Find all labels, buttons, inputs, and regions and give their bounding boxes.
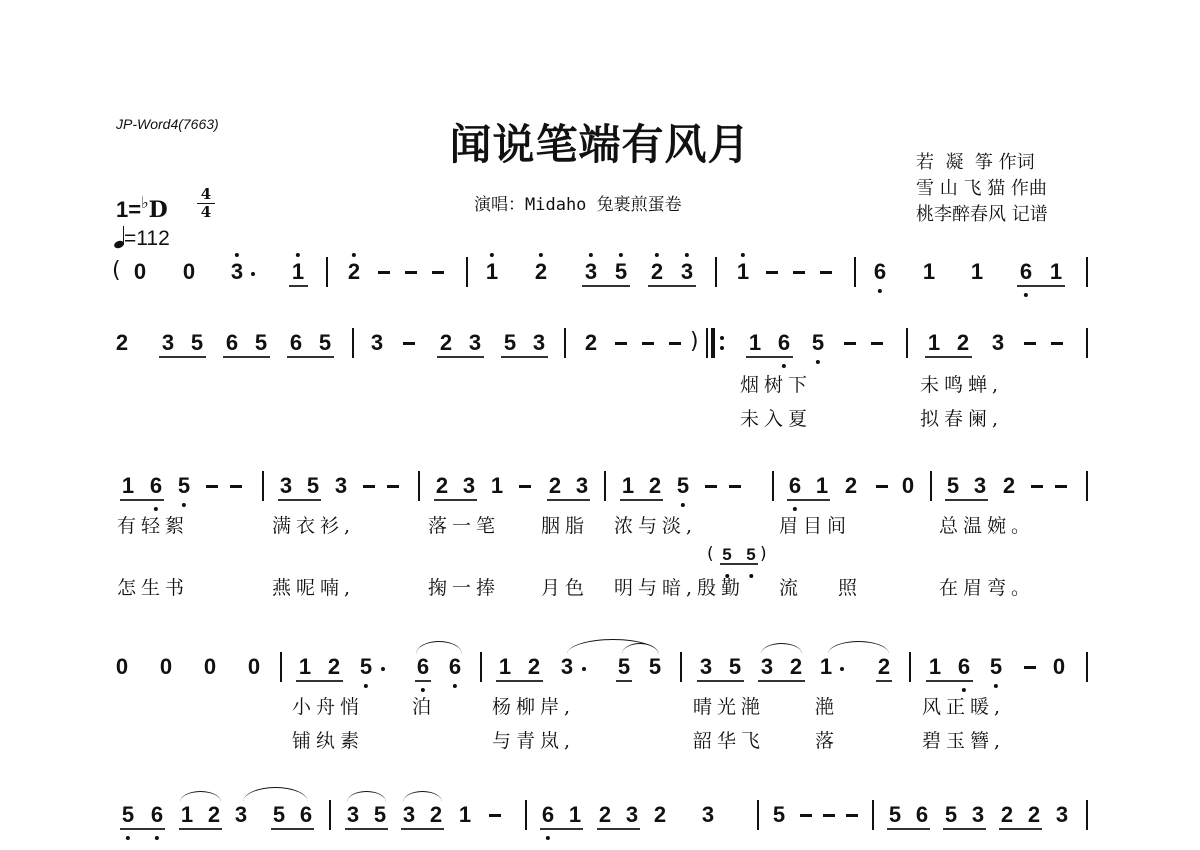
note: 5 — [122, 804, 134, 826]
beat-underline — [540, 828, 583, 830]
note: 3 — [681, 261, 693, 283]
sustain-dash — [230, 485, 242, 488]
beat-underline — [925, 356, 972, 358]
sustain-dash — [729, 485, 741, 488]
note: 1 — [499, 656, 511, 678]
key-note: D — [149, 197, 168, 223]
barline — [1086, 652, 1088, 682]
note-digit: 6 — [226, 330, 238, 355]
high-octave-dot-icon — [741, 253, 745, 257]
parenthesis: ( — [112, 260, 121, 282]
sustain-dash — [876, 485, 888, 488]
note-digit: 1 — [486, 259, 498, 284]
barline — [715, 257, 717, 287]
note-digit: 1 — [929, 654, 941, 679]
note: 5 — [812, 332, 824, 354]
note: 5 — [273, 804, 285, 826]
sustain-dash — [378, 271, 390, 274]
barline — [680, 652, 682, 682]
note-digit: 1 — [181, 802, 193, 827]
note: 5 — [504, 332, 516, 354]
note-digit: 3 — [992, 330, 1004, 355]
beat-underline — [223, 356, 270, 358]
note-digit: 3 — [371, 330, 383, 355]
lyric-text: 满衣衫, — [272, 515, 355, 537]
beat-underline — [1017, 285, 1065, 287]
note: 1 — [486, 261, 498, 283]
note: 5 — [255, 332, 267, 354]
note-digit: 1 — [923, 259, 935, 284]
note-digit: 6 — [417, 654, 429, 679]
note: 2 — [585, 332, 597, 354]
note: 2 — [649, 475, 661, 497]
note-digit: 6 — [542, 802, 554, 827]
note-digit: 0 — [1053, 654, 1065, 679]
sustain-dash — [669, 342, 681, 345]
lyric-text: 风正暖, — [922, 696, 1005, 718]
key-equals: = — [128, 197, 141, 222]
barline — [906, 328, 908, 358]
beat-underline — [697, 680, 744, 682]
note-digit: 3 — [626, 802, 638, 827]
high-octave-dot-icon — [539, 253, 543, 257]
note: 2 — [208, 804, 220, 826]
note-digit: 1 — [1050, 259, 1062, 284]
note: 3 — [463, 475, 475, 497]
note: 1 — [122, 475, 134, 497]
low-octave-dot-icon — [962, 688, 966, 692]
note-digit: 6 — [300, 802, 312, 827]
sustain-dash — [1051, 342, 1063, 345]
note-digit: 5 — [649, 654, 661, 679]
note-digit: 0 — [902, 473, 914, 498]
beat-underline — [547, 499, 590, 501]
high-octave-dot-icon — [589, 253, 593, 257]
note-digit: 0 — [116, 654, 128, 679]
beat-underline — [120, 828, 165, 830]
note-digit: 2 — [549, 473, 561, 498]
note: 0 — [248, 656, 260, 678]
note-digit: 3 — [700, 654, 712, 679]
beat-underline — [278, 499, 321, 501]
lyric-text: 燕呢喃, — [272, 577, 355, 599]
lyric-text: 在眉弯。 — [939, 577, 1035, 599]
slur-arc — [828, 641, 889, 654]
note: 2 — [348, 261, 360, 283]
note-digit: 5 — [273, 802, 285, 827]
note-digit: 1 — [491, 473, 503, 498]
note-digit: 1 — [737, 259, 749, 284]
augmentation-dot-icon — [251, 272, 255, 276]
beat-underline — [415, 680, 431, 682]
note: 6 — [789, 475, 801, 497]
note: 2 — [436, 475, 448, 497]
low-octave-dot-icon — [725, 574, 729, 578]
note: 1 — [569, 804, 581, 826]
lyric-text: 未鸣蝉, — [920, 374, 1003, 396]
note: 1 — [820, 656, 832, 678]
barline — [1086, 471, 1088, 501]
barline — [872, 800, 874, 830]
repeat-thick-barline — [711, 328, 715, 358]
lyric-text: 未入夏 — [740, 408, 812, 430]
note: 2 — [957, 332, 969, 354]
note-digit: 6 — [874, 259, 886, 284]
barline — [854, 257, 856, 287]
lyric-text: 铺纨素 — [292, 730, 364, 752]
ossia-close-paren: ) — [760, 543, 767, 565]
beat-underline — [887, 828, 930, 830]
low-octave-dot-icon — [155, 836, 159, 840]
lyric-text: 晴光滟 — [693, 696, 765, 718]
note-digit: 2 — [440, 330, 452, 355]
beat-underline — [616, 680, 632, 682]
note: 1 — [299, 656, 311, 678]
key-signature: 1=♭D — [116, 193, 168, 223]
lyric-text: 流 — [779, 577, 803, 599]
note-digit: 5 — [255, 330, 267, 355]
note: 0 — [183, 261, 195, 283]
note: 5 — [178, 475, 190, 497]
sustain-dash — [1031, 485, 1043, 488]
note: 5 — [889, 804, 901, 826]
note-digit: 5 — [677, 473, 689, 498]
note: 6 — [417, 656, 429, 678]
note-digit: 3 — [235, 802, 247, 827]
barline — [280, 652, 282, 682]
note-digit: 3 — [576, 473, 588, 498]
note: 3 — [576, 475, 588, 497]
note-digit: 5 — [889, 802, 901, 827]
note-digit: 3 — [463, 473, 475, 498]
note: 6 — [300, 804, 312, 826]
note: 0 — [1053, 656, 1065, 678]
beat-underline — [876, 680, 892, 682]
note: 6 — [150, 475, 162, 497]
note: 6 — [290, 332, 302, 354]
note: 1 — [181, 804, 193, 826]
note: 5 — [615, 261, 627, 283]
note: 2 — [878, 656, 890, 678]
note-digit: 3 — [335, 473, 347, 498]
note: 2 — [1003, 475, 1015, 497]
low-octave-dot-icon — [421, 688, 425, 692]
note: 1 — [749, 332, 761, 354]
note-digit: 2 — [436, 473, 448, 498]
time-signature-top: 4 — [197, 186, 215, 203]
note-digit: 1 — [292, 259, 304, 284]
note: 2 — [328, 656, 340, 678]
low-octave-dot-icon — [749, 574, 753, 578]
sustain-dash — [800, 814, 812, 817]
note: 3 — [561, 656, 573, 678]
sustain-dash — [793, 271, 805, 274]
note-digit: 2 — [651, 259, 663, 284]
barline — [418, 471, 420, 501]
note-digit: 1 — [499, 654, 511, 679]
note: 2 — [549, 475, 561, 497]
sustain-dash — [705, 485, 717, 488]
note: 5 — [191, 332, 203, 354]
note: 5 — [773, 804, 785, 826]
beat-underline — [943, 828, 986, 830]
low-octave-dot-icon — [546, 836, 550, 840]
note: 5 — [945, 804, 957, 826]
augmentation-dot-icon — [840, 667, 844, 671]
note: 2 — [845, 475, 857, 497]
note-digit: 5 — [504, 330, 516, 355]
low-octave-dot-icon — [182, 503, 186, 507]
sustain-dash — [820, 271, 832, 274]
note-digit: 2 — [654, 802, 666, 827]
lyric-text: 杨柳岸, — [492, 696, 575, 718]
note-digit: 3 — [280, 473, 292, 498]
beat-underline — [746, 356, 793, 358]
barline — [329, 800, 331, 830]
note: 5 — [307, 475, 319, 497]
low-octave-dot-icon — [816, 360, 820, 364]
slur-arc — [416, 641, 462, 654]
note-digit: 2 — [649, 473, 661, 498]
beat-underline — [434, 499, 477, 501]
augmentation-dot-icon — [582, 667, 586, 671]
note-digit: 2 — [845, 473, 857, 498]
note: 1 — [491, 475, 503, 497]
barline — [1086, 257, 1088, 287]
sustain-dash — [1055, 485, 1067, 488]
note-digit: 0 — [204, 654, 216, 679]
note-digit: 3 — [702, 802, 714, 827]
note-digit: 6 — [1020, 259, 1032, 284]
note: 5 — [990, 656, 1002, 678]
barline — [480, 652, 482, 682]
note: 3 — [162, 332, 174, 354]
note: 3 — [235, 804, 247, 826]
note-digit: 5 — [191, 330, 203, 355]
slur-arc — [622, 643, 658, 654]
note-digit: 1 — [749, 330, 761, 355]
beat-underline — [179, 828, 222, 830]
repeat-dot-icon — [720, 346, 724, 350]
barline — [262, 471, 264, 501]
note-digit: 3 — [561, 654, 573, 679]
note: 3 — [700, 656, 712, 678]
note: 2 — [430, 804, 442, 826]
lyric-text: 落一笔 — [428, 515, 500, 537]
beat-underline — [926, 680, 973, 682]
note: 2 — [1001, 804, 1013, 826]
note-digit: 6 — [290, 330, 302, 355]
note-digit: 5 — [319, 330, 331, 355]
note: 6 — [542, 804, 554, 826]
repeat-thin-barline — [706, 328, 708, 358]
note-digit: 6 — [958, 654, 970, 679]
barline — [352, 328, 354, 358]
note: 2 — [535, 261, 547, 283]
high-octave-dot-icon — [619, 253, 623, 257]
note: 6 — [1020, 261, 1032, 283]
note: 5 — [649, 656, 661, 678]
note-digit: 2 — [585, 330, 597, 355]
note: 5 — [618, 656, 630, 678]
flat-icon: ♭ — [141, 195, 149, 212]
note-digit: 3 — [162, 330, 174, 355]
note-digit: 2 — [599, 802, 611, 827]
note: 2 — [654, 804, 666, 826]
sustain-dash — [823, 814, 835, 817]
sustain-dash — [387, 485, 399, 488]
low-octave-dot-icon — [994, 684, 998, 688]
barline — [909, 652, 911, 682]
note: 0 — [160, 656, 172, 678]
note: 6 — [778, 332, 790, 354]
note-digit: 5 — [122, 802, 134, 827]
note: 1 — [816, 475, 828, 497]
key-tonic: 1 — [116, 197, 128, 222]
beat-underline — [648, 285, 696, 287]
note-digit: 2 — [348, 259, 360, 284]
barline — [326, 257, 328, 287]
slur-arc — [347, 791, 386, 802]
note-digit: 5 — [618, 654, 630, 679]
sustain-dash — [432, 271, 444, 274]
note: 2 — [440, 332, 452, 354]
note: 3 — [585, 261, 597, 283]
sustain-dash — [363, 485, 375, 488]
lyric-text: 小舟悄 — [292, 696, 364, 718]
time-signature-bottom: 4 — [197, 203, 215, 221]
sustain-dash — [615, 342, 627, 345]
low-octave-dot-icon — [154, 507, 158, 511]
note: 6 — [449, 656, 461, 678]
note: 3 — [1056, 804, 1068, 826]
note-digit: 1 — [122, 473, 134, 498]
note-digit: 3 — [681, 259, 693, 284]
quarter-note-icon — [114, 226, 124, 248]
note: 5 — [677, 475, 689, 497]
note: 3 — [280, 475, 292, 497]
beat-underline — [120, 499, 164, 501]
note-digit: 6 — [449, 654, 461, 679]
lyric-text: 与青岚, — [492, 730, 575, 752]
note: 3 — [972, 804, 984, 826]
barline — [772, 471, 774, 501]
sustain-dash — [642, 342, 654, 345]
beat-underline — [496, 680, 543, 682]
note: 3 — [231, 261, 243, 283]
note-digit: 2 — [790, 654, 802, 679]
slur-arc — [180, 791, 221, 802]
note: 6 — [874, 261, 886, 283]
low-octave-dot-icon — [364, 684, 368, 688]
note: 5 — [947, 475, 959, 497]
note-digit: 5 — [812, 330, 824, 355]
note: 2 — [116, 332, 128, 354]
barline — [1086, 328, 1088, 358]
beat-underline — [287, 356, 334, 358]
note-digit: 0 — [160, 654, 172, 679]
singer-credit: 演唱：Midaho 兔裹煎蛋卷 — [474, 190, 682, 215]
barline — [757, 800, 759, 830]
sustain-dash — [403, 342, 415, 345]
beat-underline — [271, 828, 314, 830]
note-digit: 5 — [729, 654, 741, 679]
beat-underline — [296, 680, 343, 682]
note-digit: 3 — [585, 259, 597, 284]
beat-underline — [437, 356, 484, 358]
note: 1 — [929, 656, 941, 678]
lyric-text: 烟树下 — [740, 374, 812, 396]
ossia-open-paren: ( — [707, 543, 714, 565]
beat-underline — [597, 828, 640, 830]
slur-arc — [761, 643, 802, 654]
note-digit: 5 — [307, 473, 319, 498]
note: 0 — [134, 261, 146, 283]
note: 1 — [923, 261, 935, 283]
note-digit: 0 — [248, 654, 260, 679]
repeat-dot-icon — [720, 336, 724, 340]
high-octave-dot-icon — [490, 253, 494, 257]
lyric-text: 拟春阑, — [920, 408, 1003, 430]
note: 1 — [737, 261, 749, 283]
note-digit: 3 — [761, 654, 773, 679]
note-digit: 1 — [816, 473, 828, 498]
high-octave-dot-icon — [685, 253, 689, 257]
note-digit: 2 — [328, 654, 340, 679]
note: 2 — [599, 804, 611, 826]
note: 1 — [928, 332, 940, 354]
barline — [564, 328, 566, 358]
note: 2 — [790, 656, 802, 678]
lyric-text: 滟 — [815, 696, 839, 718]
note-digit: 2 — [1003, 473, 1015, 498]
note: 0 — [116, 656, 128, 678]
note-digit: 1 — [569, 802, 581, 827]
note: 3 — [347, 804, 359, 826]
note: 5 — [374, 804, 386, 826]
beat-underline — [720, 563, 758, 565]
note-digit: 1 — [622, 473, 634, 498]
note-digit: 1 — [459, 802, 471, 827]
lyric-text: 碧玉簪, — [922, 730, 1005, 752]
beat-underline — [582, 285, 630, 287]
lyric-text: 怎生书 — [117, 577, 189, 599]
barline — [604, 471, 606, 501]
note-digit: 1 — [820, 654, 832, 679]
beat-underline — [401, 828, 444, 830]
note-digit: 0 — [183, 259, 195, 284]
lyric-text: 照 — [838, 577, 862, 599]
sustain-dash — [1024, 666, 1036, 669]
note: 6 — [226, 332, 238, 354]
lyric-text: 泊 — [412, 696, 436, 718]
note: 2 — [528, 656, 540, 678]
beat-underline — [620, 499, 663, 501]
note-digit: 1 — [928, 330, 940, 355]
note-digit: 1 — [971, 259, 983, 284]
barline — [466, 257, 468, 287]
tempo-bpm: 112 — [136, 227, 169, 250]
note: 1 — [1050, 261, 1062, 283]
note-digit: 3 — [1056, 802, 1068, 827]
beat-underline — [945, 499, 988, 501]
augmentation-dot-icon — [381, 667, 385, 671]
lyric-text: 月色 — [541, 577, 589, 599]
note-digit: 3 — [972, 802, 984, 827]
high-octave-dot-icon — [655, 253, 659, 257]
note: 1 — [971, 261, 983, 283]
note: 0 — [902, 475, 914, 497]
